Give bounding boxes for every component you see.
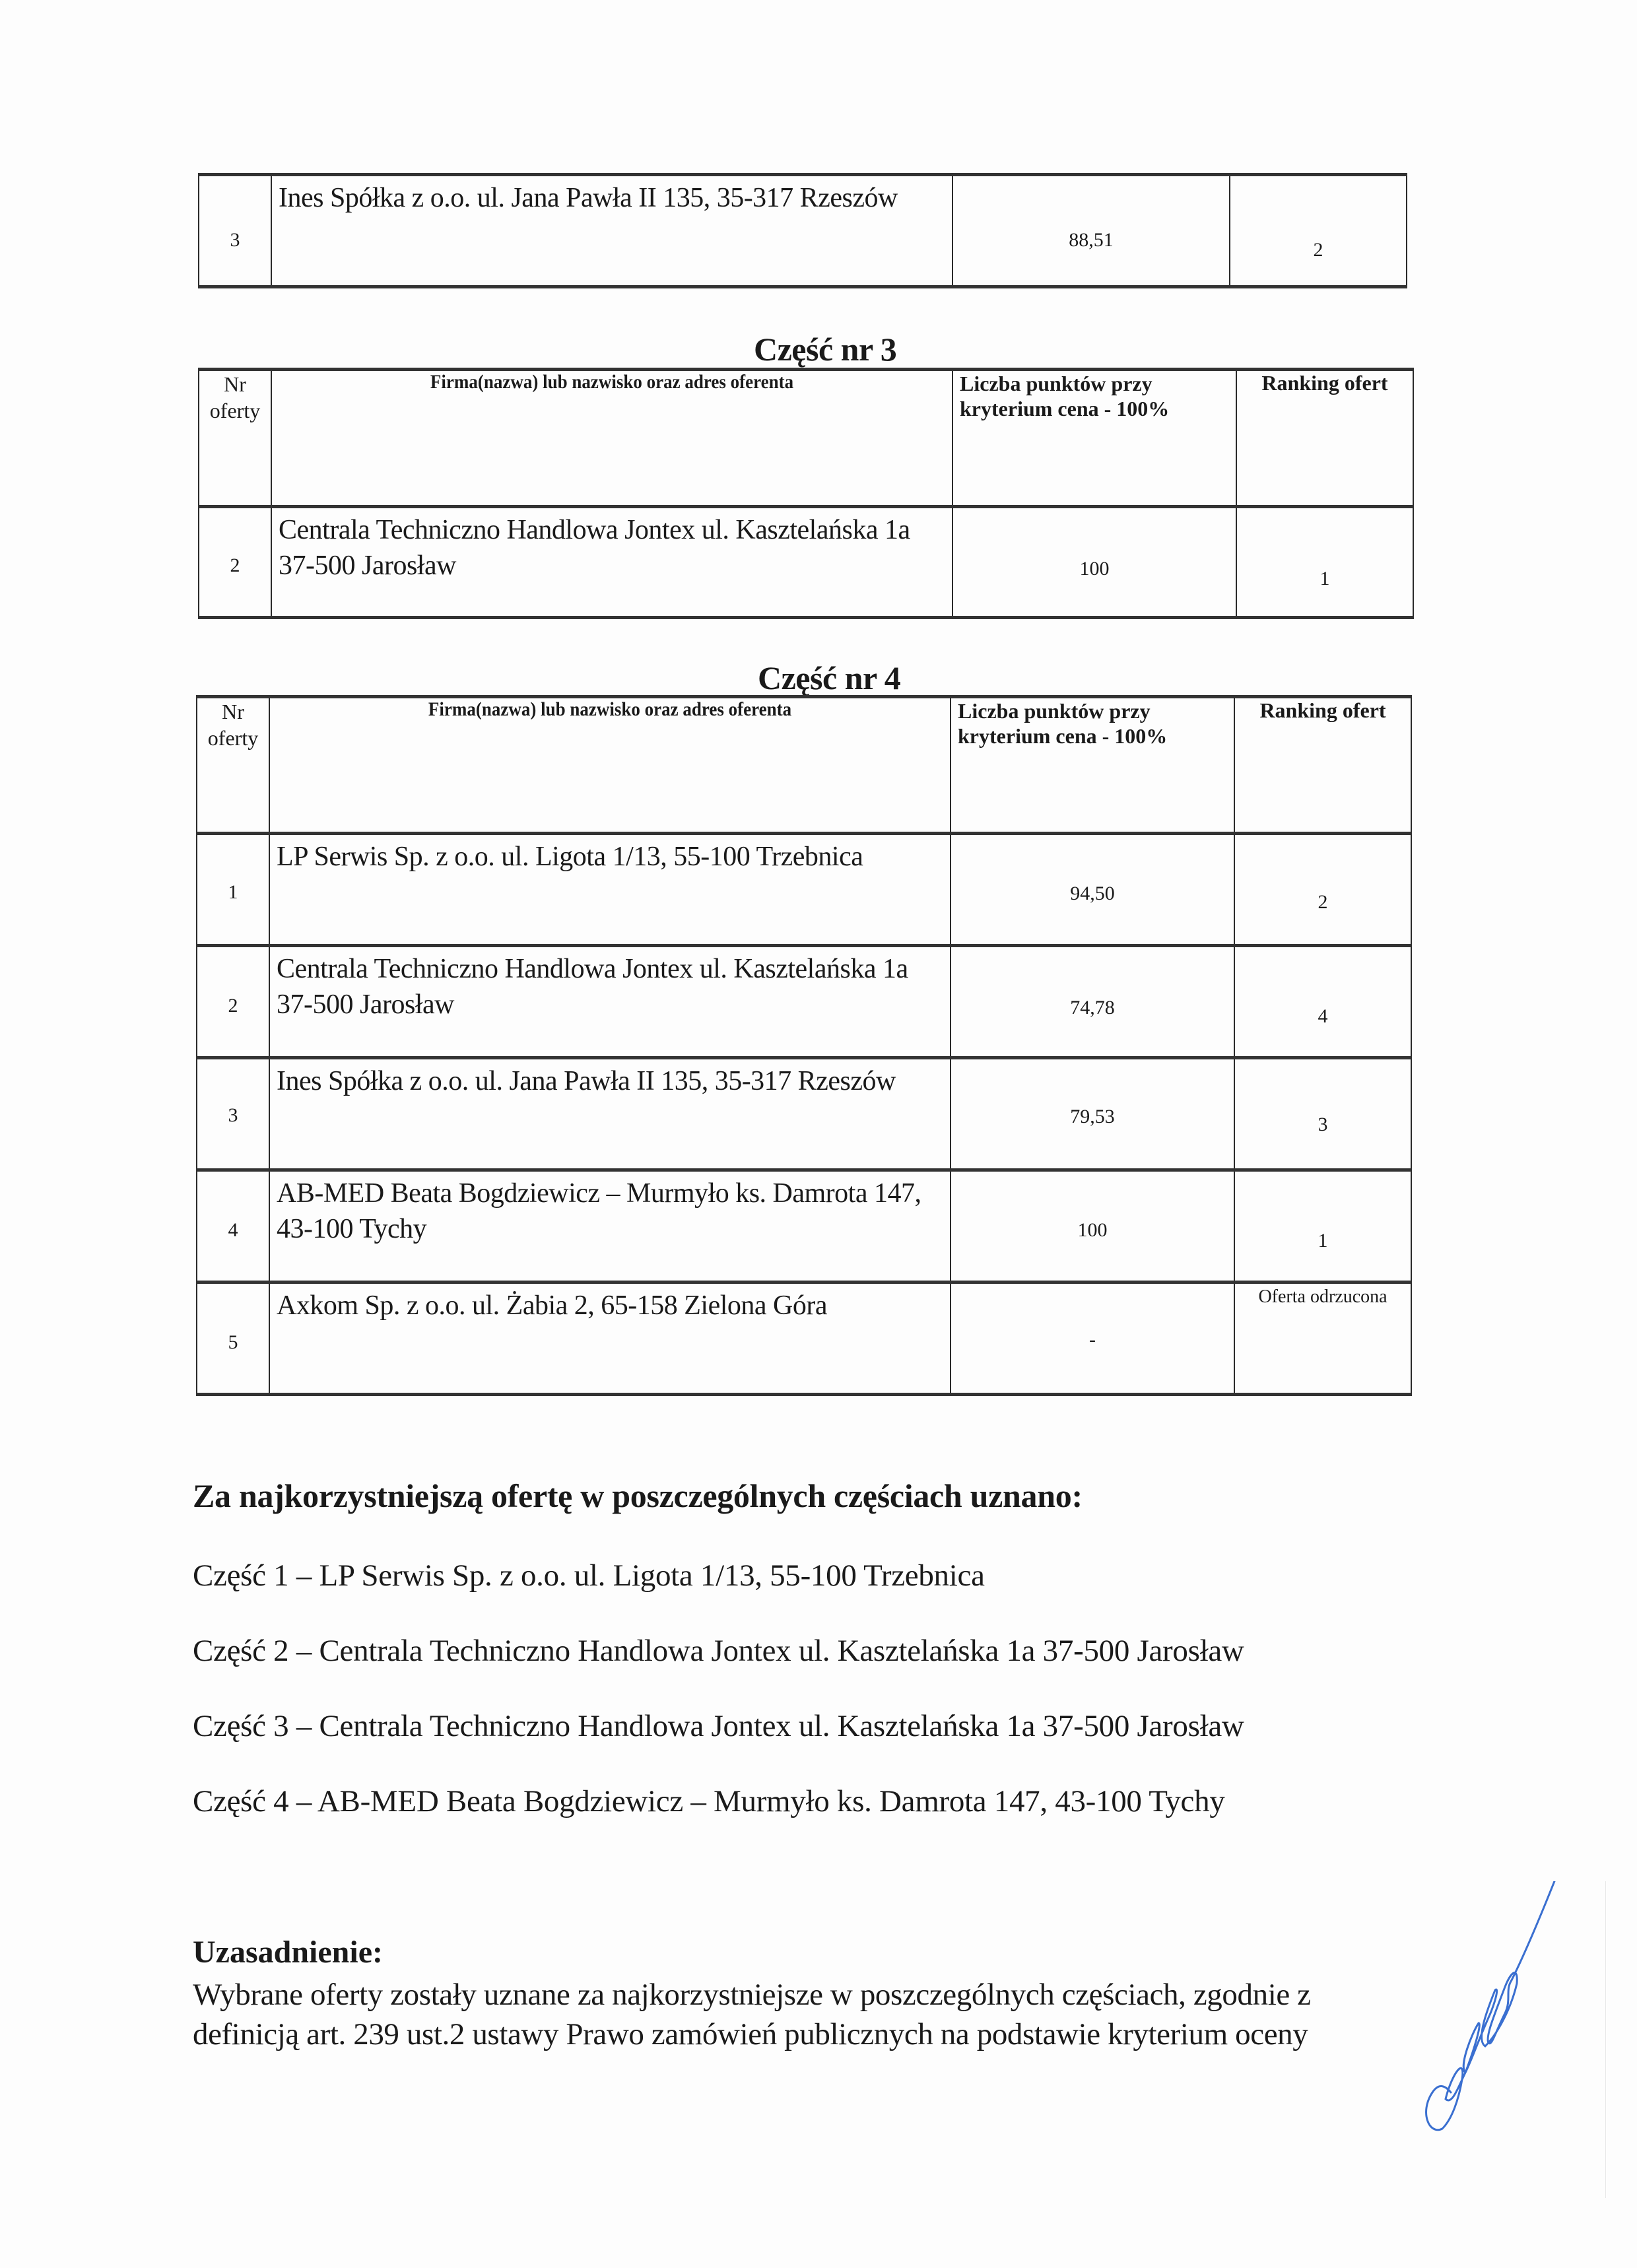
header-points-line2: kryterium cena - 100% [958,724,1167,748]
offer-rank: 3 [1235,1114,1411,1136]
offer-number-cell: 3 [199,175,271,287]
offer-name-line1: Axkom Sp. z o.o. ul. Żabia 2, 65-158 Zie… [277,1290,827,1321]
offer-points-cell: 100 [952,507,1236,618]
offer-points: 79,53 [951,1106,1234,1128]
summary-title: Za najkorzystniejszą ofertę w poszczegól… [193,1477,1083,1515]
header-nr-line1: Nr [222,700,244,723]
offer-name-line1: Ines Spółka z o.o. ul. Jana Pawła II 135… [277,1066,896,1096]
summary-item: Część 2 – Centrala Techniczno Handlowa J… [193,1633,1244,1669]
table-header-row: Nroferty Firma(nazwa) lub nazwisko oraz … [197,697,1411,834]
part3-title: Część nr 3 [754,330,896,368]
offer-number-cell: 2 [199,507,271,618]
offer-name-cell: LP Serwis Sp. z o.o. ul. Ligota 1/13, 55… [269,834,951,946]
offer-name-line1: AB-MED Beata Bogdziewicz – Murmyło ks. D… [277,1178,921,1209]
offer-number-cell: 1 [197,834,269,946]
header-nr-line2: oferty [208,726,258,750]
table-row: 3 Ines Spółka z o.o. ul. Jana Pawła II 1… [199,175,1407,287]
offer-rank-cell: 3 [1234,1058,1411,1170]
offer-rank: 2 [1235,891,1411,914]
offer-name-line2: 37-500 Jarosław [279,550,456,581]
header-nr-line1: Nr [224,372,246,396]
offer-rank: 4 [1235,1005,1411,1028]
header-nr-line2: oferty [210,399,260,422]
offer-number: 3 [199,229,271,251]
offer-name: Centrala Techniczno Handlowa Jontex ul. … [272,508,952,584]
margin-line [1605,1881,1606,2198]
offer-name: Ines Spółka z o.o. ul. Jana Pawła II 135… [272,176,952,216]
summary-item: Część 3 – Centrala Techniczno Handlowa J… [193,1708,1244,1744]
table-row: 2 Centrala Techniczno Handlowa Jontex ul… [199,507,1413,618]
offer-rank-cell: Oferta odrzucona [1234,1283,1411,1395]
offer-name-cell: Ines Spółka z o.o. ul. Jana Pawła II 135… [269,1058,951,1170]
offer-name-line2: 37-500 Jarosław [277,989,454,1020]
offer-points-cell: 100 [951,1170,1234,1283]
offer-number: 5 [197,1331,269,1354]
table-row: 1 LP Serwis Sp. z o.o. ul. Ligota 1/13, … [197,834,1411,946]
offer-number: 2 [199,554,271,577]
offer-name-cell: Centrala Techniczno Handlowa Jontex ul. … [269,946,951,1058]
offer-rank-cell: 1 [1236,507,1413,618]
offer-name: Ines Spółka z o.o. ul. Jana Pawła II 135… [270,1059,950,1099]
part4-table: Nroferty Firma(nazwa) lub nazwisko oraz … [196,695,1412,1396]
justification-line2: definicją art. 239 ust.2 ustawy Prawo za… [193,2017,1308,2051]
header-points: Liczba punktów przykryterium cena - 100% [951,697,1234,834]
offer-name: AB-MED Beata Bogdziewicz – Murmyło ks. D… [270,1172,950,1247]
table-header-row: Nroferty Firma(nazwa) lub nazwisko oraz … [199,370,1413,507]
document-page: 3 Ines Spółka z o.o. ul. Jana Pawła II 1… [0,0,1637,2268]
offer-rank-cell: 4 [1234,946,1411,1058]
offer-number-cell: 3 [197,1058,269,1170]
offer-number: 2 [197,995,269,1017]
offer-name-cell: Axkom Sp. z o.o. ul. Żabia 2, 65-158 Zie… [269,1283,951,1395]
offer-rank: 2 [1230,239,1406,261]
offer-points: 100 [951,1219,1234,1242]
part3-table: Nroferty Firma(nazwa) lub nazwisko oraz … [198,368,1414,619]
summary-item: Część 4 – AB-MED Beata Bogdziewicz – Mur… [193,1784,1225,1819]
header-points-line1: Liczba punktów przy [960,372,1153,395]
offer-rank: 1 [1235,1230,1411,1252]
header-nr: Nroferty [197,697,269,834]
offer-points-cell: 74,78 [951,946,1234,1058]
justification-title: Uzasadnienie: [193,1934,383,1970]
header-points-line2: kryterium cena - 100% [960,397,1169,420]
justification-text: Wybrane oferty zostały uznane za najkorz… [193,1975,1447,2054]
rejected-badge: Oferta odrzucona [1235,1286,1411,1308]
offer-number: 4 [197,1219,269,1242]
part2-continuation-table: 3 Ines Spółka z o.o. ul. Jana Pawła II 1… [198,173,1407,288]
offer-points: 88,51 [953,229,1229,251]
offer-name: LP Serwis Sp. z o.o. ul. Ligota 1/13, 55… [270,835,950,875]
offer-name: Centrala Techniczno Handlowa Jontex ul. … [270,947,950,1022]
offer-name-line1: Centrala Techniczno Handlowa Jontex ul. … [279,515,910,545]
offer-number-cell: 2 [197,946,269,1058]
header-name: Firma(nazwa) lub nazwisko oraz adres ofe… [304,697,917,834]
signature-icon [1413,1881,1630,2198]
offer-name-cell: Centrala Techniczno Handlowa Jontex ul. … [271,507,952,618]
summary-item: Część 1 – LP Serwis Sp. z o.o. ul. Ligot… [193,1558,985,1593]
header-points: Liczba punktów przykryterium cena - 100% [952,370,1236,507]
offer-points: 74,78 [951,997,1234,1019]
header-rank: Ranking ofert [1234,697,1411,834]
offer-rank: 1 [1237,568,1413,590]
header-nr: Nroferty [199,370,271,507]
offer-rank-cell: 2 [1230,175,1407,287]
part4-title: Część nr 4 [758,659,900,697]
justification-line1: Wybrane oferty zostały uznane za najkorz… [193,1978,1311,2012]
offer-points: 100 [953,558,1236,580]
offer-name-line2: 43-100 Tychy [277,1214,426,1244]
offer-rank-cell: 2 [1234,834,1411,946]
offer-points: 94,50 [951,883,1234,905]
table-row: 5 Axkom Sp. z o.o. ul. Żabia 2, 65-158 Z… [197,1283,1411,1395]
offer-number: 3 [197,1104,269,1127]
table-row: 3 Ines Spółka z o.o. ul. Jana Pawła II 1… [197,1058,1411,1170]
offer-points-cell: 79,53 [951,1058,1234,1170]
table-row: 4 AB-MED Beata Bogdziewicz – Murmyło ks.… [197,1170,1411,1283]
offer-name-line1: LP Serwis Sp. z o.o. ul. Ligota 1/13, 55… [277,842,863,872]
offer-points-cell: 94,50 [951,834,1234,946]
offer-name-cell: AB-MED Beata Bogdziewicz – Murmyło ks. D… [269,1170,951,1283]
header-points-line1: Liczba punktów przy [958,699,1151,723]
header-rank: Ranking ofert [1236,370,1413,507]
header-name: Firma(nazwa) lub nazwisko oraz adres ofe… [306,370,919,507]
offer-number-cell: 4 [197,1170,269,1283]
offer-rank-cell: 1 [1234,1170,1411,1283]
offer-name-line1: Centrala Techniczno Handlowa Jontex ul. … [277,954,908,984]
offer-number-cell: 5 [197,1283,269,1395]
offer-points-cell: 88,51 [952,175,1230,287]
offer-points: - [951,1329,1234,1351]
offer-number: 1 [197,881,269,904]
offer-name-cell: Ines Spółka z o.o. ul. Jana Pawła II 135… [271,175,952,287]
table-row: 2 Centrala Techniczno Handlowa Jontex ul… [197,946,1411,1058]
offer-points-cell: - [951,1283,1234,1395]
offer-name: Axkom Sp. z o.o. ul. Żabia 2, 65-158 Zie… [270,1284,950,1323]
